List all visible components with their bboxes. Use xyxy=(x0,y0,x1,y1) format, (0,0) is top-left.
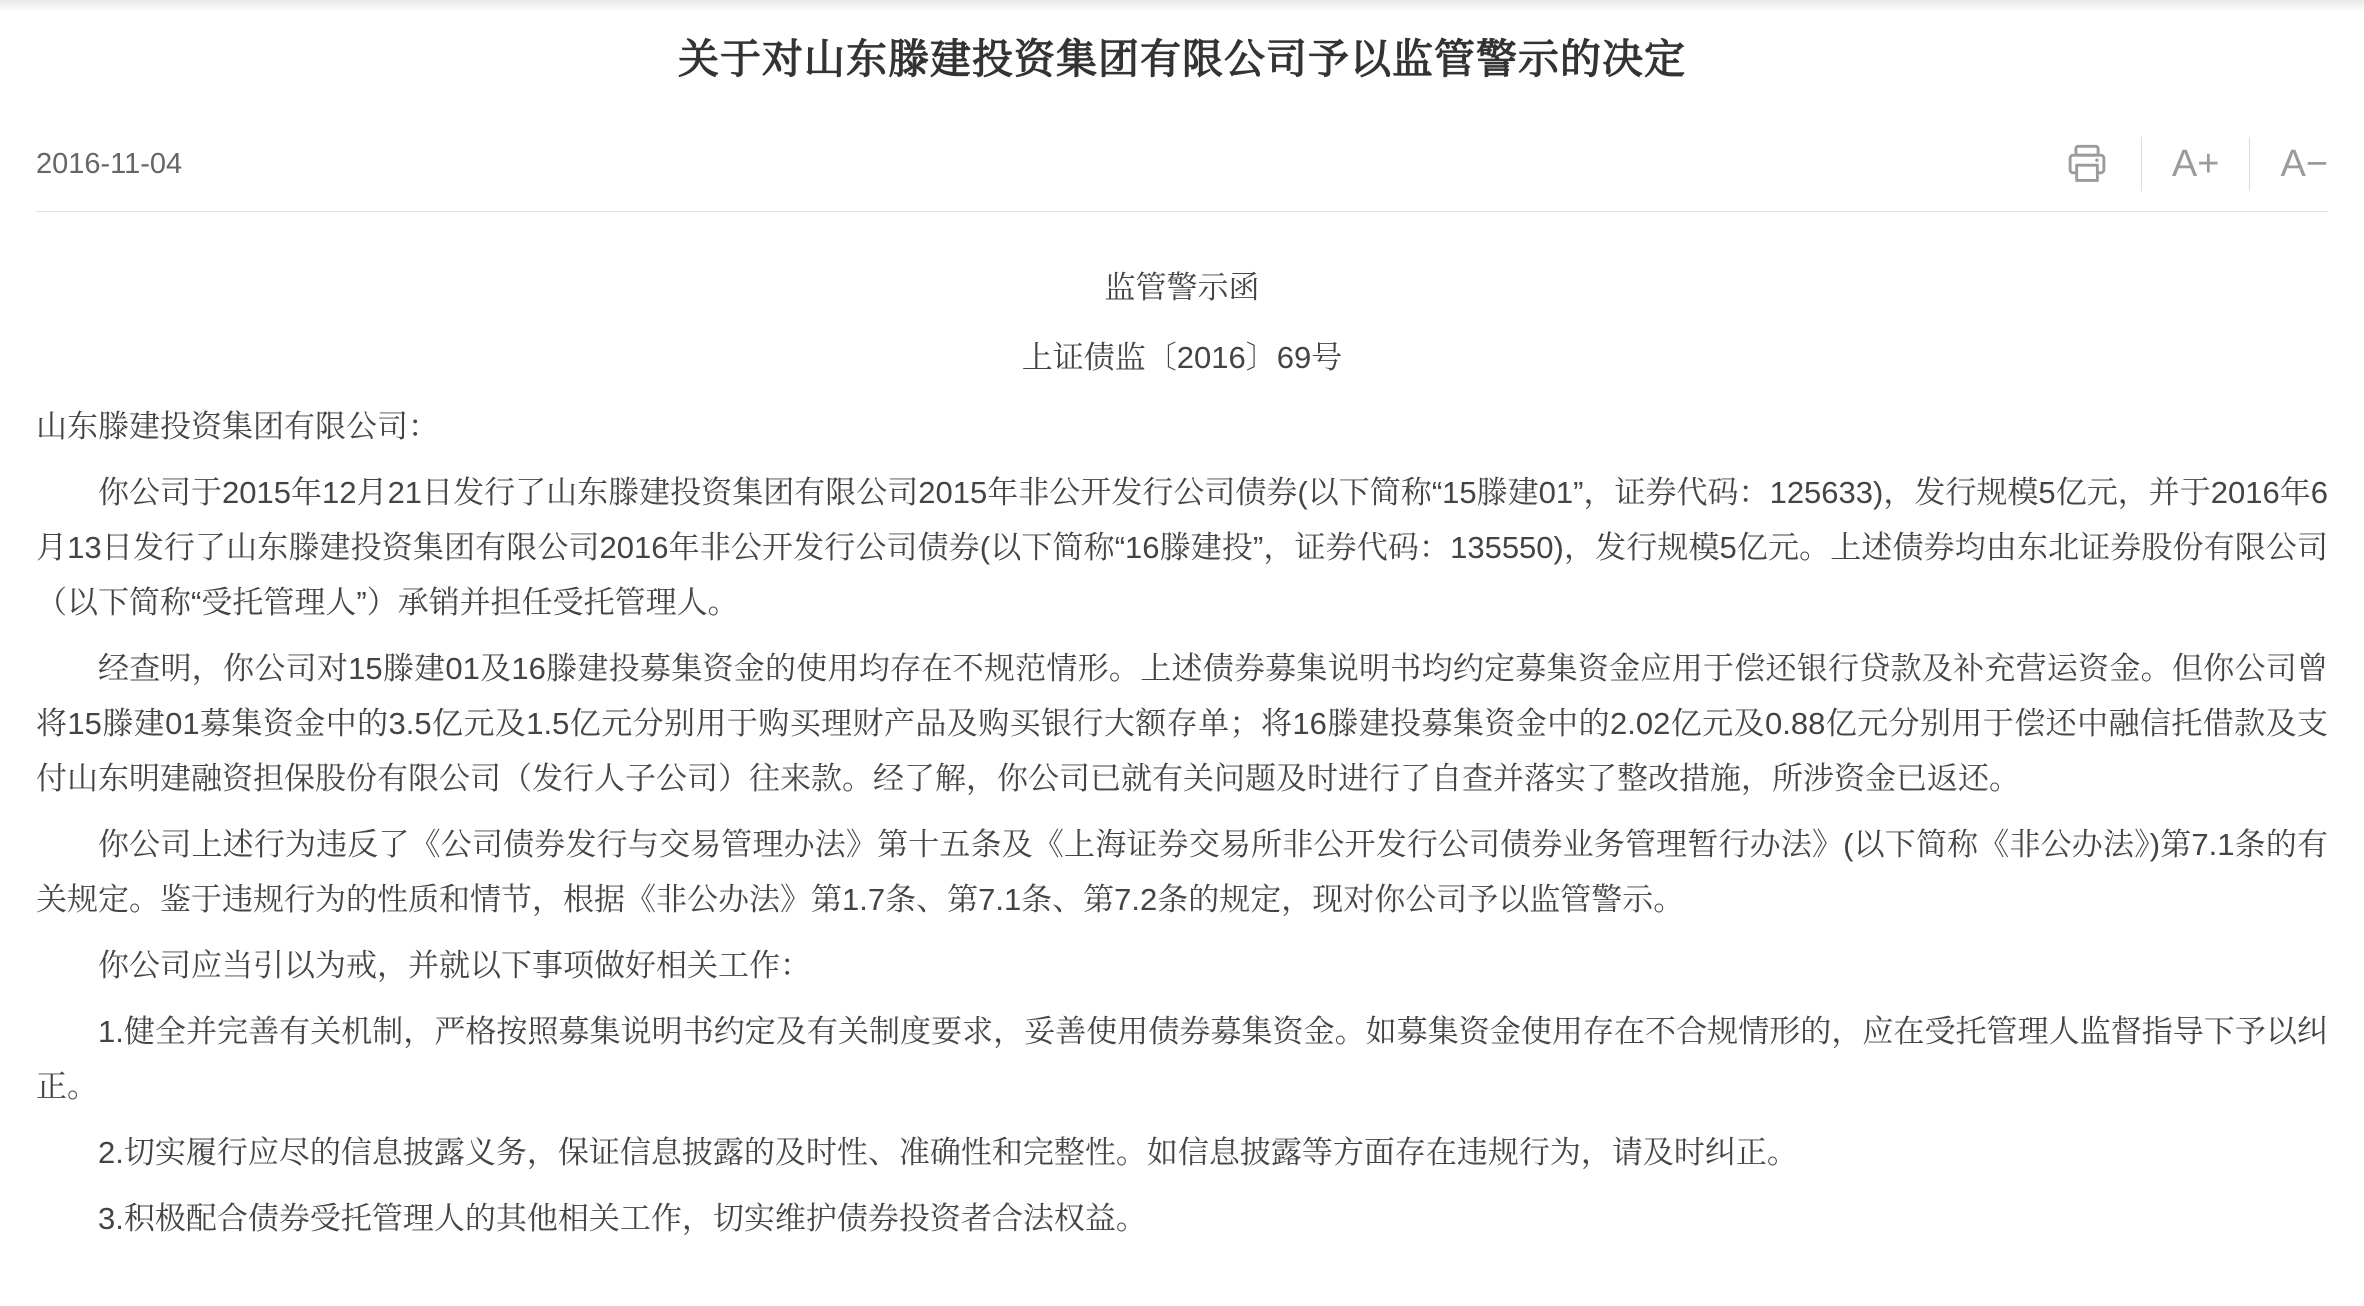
meta-row: 2016-11-04 A+ A− xyxy=(36,137,2328,191)
header-divider xyxy=(36,211,2328,212)
document-body: 监管警示函 上证债监〔2016〕69号 山东滕建投资集团有限公司： 你公司于20… xyxy=(36,260,2328,1246)
letter-heading: 监管警示函 xyxy=(36,260,2328,315)
font-increase-button[interactable]: A+ xyxy=(2172,145,2220,183)
article-toolbar: A+ A− xyxy=(2063,137,2328,191)
paragraph: 经查明，你公司对15滕建01及16滕建投募集资金的使用均存在不规范情形。上述债券… xyxy=(36,641,2328,806)
page-title: 关于对山东滕建投资集团有限公司予以监管警示的决定 xyxy=(36,0,2328,85)
paragraph: 3.积极配合债券受托管理人的其他相关工作，切实维护债券投资者合法权益。 xyxy=(36,1191,2328,1246)
paragraph: 你公司于2015年12月21日发行了山东滕建投资集团有限公司2015年非公开发行… xyxy=(36,465,2328,630)
paragraph: 你公司上述行为违反了《公司债券发行与交易管理办法》第十五条及《上海证券交易所非公… xyxy=(36,817,2328,927)
print-button[interactable] xyxy=(2063,141,2111,187)
paragraph: 2.切实履行应尽的信息披露义务，保证信息披露的及时性、准确性和完整性。如信息披露… xyxy=(36,1125,2328,1180)
letter-salutation: 山东滕建投资集团有限公司： xyxy=(36,399,2328,454)
toolbar-divider xyxy=(2141,137,2142,191)
toolbar-divider xyxy=(2249,137,2250,191)
publish-date: 2016-11-04 xyxy=(36,148,182,181)
paragraph: 1.健全并完善有关机制，严格按照募集说明书约定及有关制度要求，妥善使用债券募集资… xyxy=(36,1004,2328,1114)
letter-number: 上证债监〔2016〕69号 xyxy=(36,330,2328,385)
font-decrease-button[interactable]: A− xyxy=(2280,145,2328,183)
document-page: 关于对山东滕建投资集团有限公司予以监管警示的决定 2016-11-04 A+ A… xyxy=(0,0,2364,1246)
paragraph: 你公司应当引以为戒，并就以下事项做好相关工作： xyxy=(36,938,2328,993)
printer-icon xyxy=(2063,141,2111,187)
